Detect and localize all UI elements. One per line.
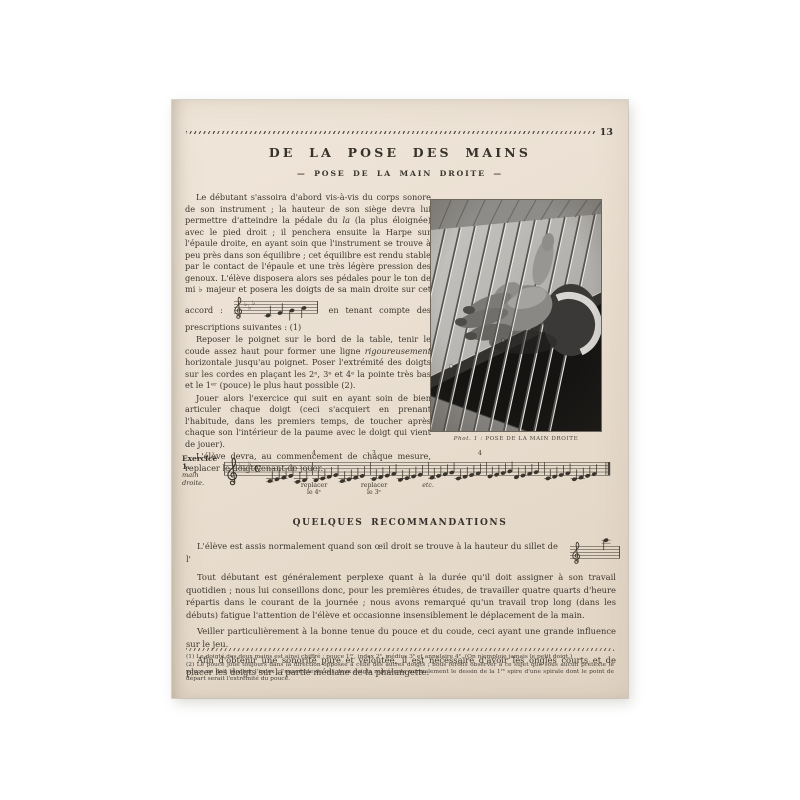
footnote-1: (1) Le doigté des deux mains est ainsi c… — [186, 654, 614, 661]
svg-text:♭: ♭ — [239, 462, 242, 470]
footnotes: (1) Le doigté des deux mains est ainsi c… — [186, 654, 614, 684]
page-number: 13 — [600, 127, 613, 138]
page-subtitle: — POSE DE LA MAIN DROITE — — [172, 169, 628, 178]
paragraph-intro-2: Reposer le poignet sur le bord de la tab… — [185, 334, 431, 392]
paragraph-rec-2: Tout débutant est généralement perplexe … — [186, 571, 616, 621]
staff-annotation-etc: etc. — [408, 483, 448, 490]
svg-text:♭: ♭ — [248, 460, 251, 468]
page-title: DE LA POSE DES MAINS — [172, 145, 628, 160]
intro-text-column: Le débutant s'assoira d'abord vis-à-vis … — [185, 192, 431, 475]
book-page: 13 DE LA POSE DES MAINS — POSE DE LA MAI… — [172, 100, 628, 698]
exercise-figure: Exercice 1. main droite. ♭ ♭ ♭ C 4 — [182, 452, 622, 498]
footnote-rule — [186, 648, 614, 651]
header-dashed-line — [186, 131, 595, 134]
footnote-2: (2) Le pouce joue toujours dans la direc… — [186, 662, 614, 683]
svg-text:C: C — [254, 465, 261, 475]
svg-text:♭: ♭ — [244, 300, 247, 308]
exercise-label: Exercice 1. main droite. — [182, 455, 222, 487]
header-rule: 13 — [186, 127, 613, 138]
paragraph-intro-1: Le débutant s'assoira d'abord vis-à-vis … — [185, 192, 431, 333]
paragraph-rec-3: Veiller particulièrement à la bonne tenu… — [186, 625, 616, 650]
fingering-mark: 4 — [312, 450, 316, 457]
paragraph-intro-3: Jouer alors l'exercice qui suit en ayant… — [185, 393, 431, 451]
treble-clef-icon — [228, 458, 237, 485]
scan-background: { "page": { "number": "13" }, "header": … — [0, 0, 800, 800]
paragraph-rec-1: L'élève est assis normalement quand son … — [186, 540, 616, 565]
staff-annotation-replace-4: replacerle 4ᵉ — [286, 483, 342, 497]
chord-notation-figure: ♭♭♭ — [232, 296, 320, 322]
staff-annotation-replace-3: replacerle 3ᵉ — [346, 483, 402, 497]
fingering-mark: 3 — [372, 450, 376, 457]
photo-caption: Phot. 1 : POSE DE LA MAIN DROITE — [427, 436, 605, 442]
treble-clef-icon — [234, 297, 241, 318]
section-heading: QUELQUES RECOMMANDATIONS — [172, 518, 628, 528]
pitch-notation-figure — [568, 532, 622, 568]
svg-text:♭: ♭ — [252, 299, 255, 307]
treble-clef-icon — [573, 542, 580, 563]
fingering-mark: 4 — [478, 450, 482, 457]
svg-text:♭: ♭ — [244, 465, 247, 473]
svg-text:♭: ♭ — [248, 303, 251, 311]
harp-hand-photo — [431, 200, 601, 431]
